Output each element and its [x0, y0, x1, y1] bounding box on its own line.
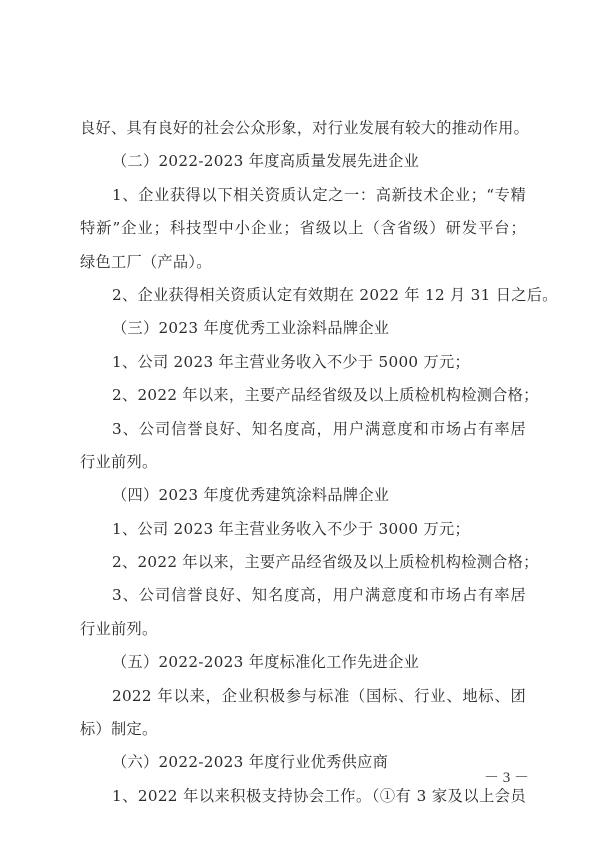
body-line: 标）制定。 — [80, 713, 526, 746]
body-line: 2、2022 年以来，主要产品经省级及以上质检机构检测合格； — [80, 379, 526, 412]
body-line: 2、2022 年以来，主要产品经省级及以上质检机构检测合格； — [80, 546, 526, 579]
body-line: 3、公司信誉良好、知名度高，用户满意度和市场占有率居 — [80, 579, 526, 612]
body-line: 1、2022 年以来积极支持协会工作。（①有 3 家及以上会员 — [80, 780, 526, 813]
section-heading-2: （二）2022-2023 年度高质量发展先进企业 — [80, 145, 526, 178]
document-page: 良好、具有良好的社会公众形象，对行业发展有较大的推动作用。 （二）2022-20… — [80, 112, 526, 813]
section-heading-6: （六）2022-2023 年度行业优秀供应商 — [80, 746, 526, 779]
body-line: 行业前列。 — [80, 446, 526, 479]
body-line: 行业前列。 — [80, 613, 526, 646]
body-line: 3、公司信誉良好、知名度高，用户满意度和市场占有率居 — [80, 413, 526, 446]
body-line: 绿色工厂（产品）。 — [80, 246, 526, 279]
section-heading-3: （三）2023 年度优秀工业涂料品牌企业 — [80, 312, 526, 345]
body-line: 2、企业获得相关资质认定有效期在 2022 年 12 月 31 日之后。 — [80, 279, 526, 312]
section-heading-4: （四）2023 年度优秀建筑涂料品牌企业 — [80, 479, 526, 512]
body-line: 特新”企业；科技型中小企业；省级以上（含省级）研发平台； — [80, 212, 526, 245]
body-line: 良好、具有良好的社会公众形象，对行业发展有较大的推动作用。 — [80, 112, 526, 145]
body-line: 1、公司 2023 年主营业务收入不少于 3000 万元； — [80, 513, 526, 546]
body-line: 2022 年以来，企业积极参与标准（国标、行业、地标、团 — [80, 680, 526, 713]
body-line: 1、企业获得以下相关资质认定之一：高新技术企业；“专精 — [80, 179, 526, 212]
section-heading-5: （五）2022-2023 年度标准化工作先进企业 — [80, 646, 526, 679]
page-number: － 3 － — [484, 766, 529, 787]
body-line: 1、公司 2023 年主营业务收入不少于 5000 万元； — [80, 346, 526, 379]
